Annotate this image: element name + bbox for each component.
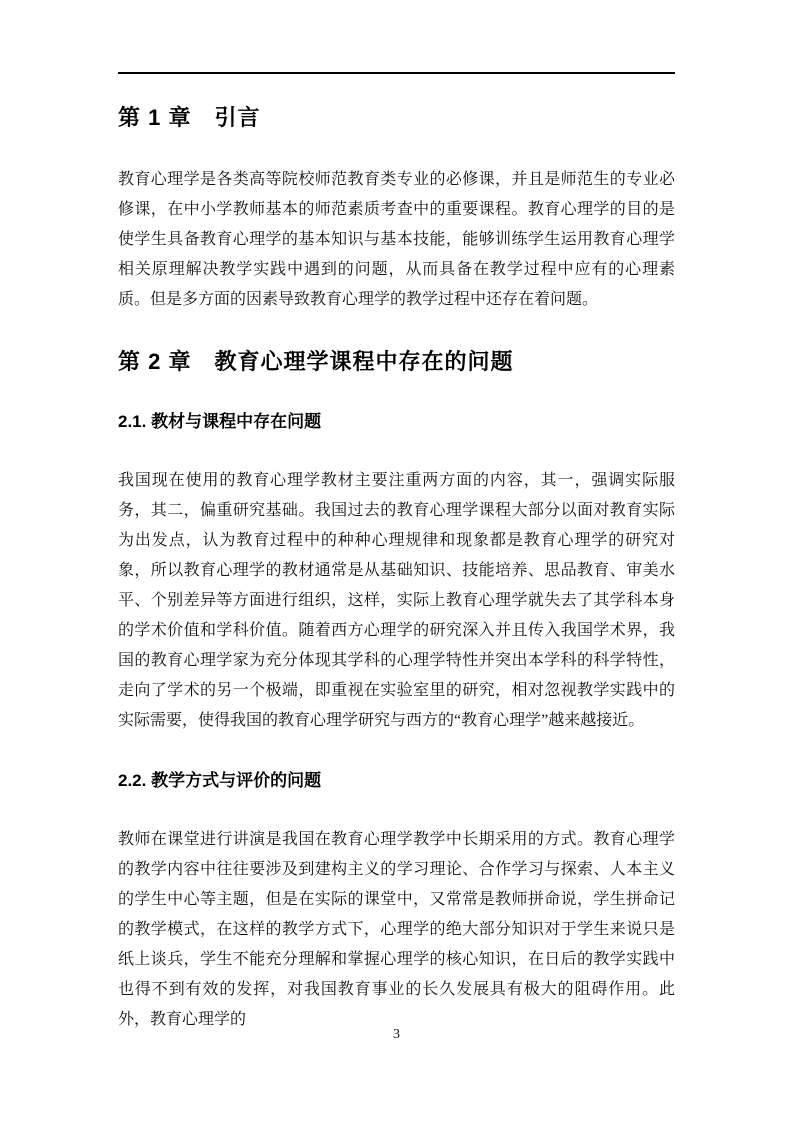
- chapter-2-heading: 第 2 章 教育心理学课程中存在的问题: [118, 347, 675, 377]
- section-2-1-heading: 2.1. 教材与课程中存在问题: [118, 410, 675, 434]
- document-page: 第 1 章 引言 教育心理学是各类高等院校师范教育类专业的必修课，并且是师范生的…: [0, 0, 793, 1122]
- section-2-2-paragraph: 教师在课堂进行讲演是我国在教育心理学教学中长期采用的方式。教育心理学的教学内容中…: [118, 825, 675, 1035]
- page-number: 3: [0, 1027, 793, 1043]
- chapter-1-heading: 第 1 章 引言: [118, 103, 675, 133]
- header-rule-divider: [118, 72, 675, 74]
- chapter-1-paragraph: 教育心理学是各类高等院校师范教育类专业的必修课，并且是师范生的专业必修课，在中小…: [118, 165, 675, 315]
- page-content: 第 1 章 引言 教育心理学是各类高等院校师范教育类专业的必修课，并且是师范生的…: [0, 72, 793, 1035]
- section-2-1-paragraph: 我国现在使用的教育心理学教材主要注重两方面的内容，其一，强调实际服务，其二，偏重…: [118, 466, 675, 736]
- section-2-2-heading: 2.2. 教学方式与评价的问题: [118, 769, 675, 793]
